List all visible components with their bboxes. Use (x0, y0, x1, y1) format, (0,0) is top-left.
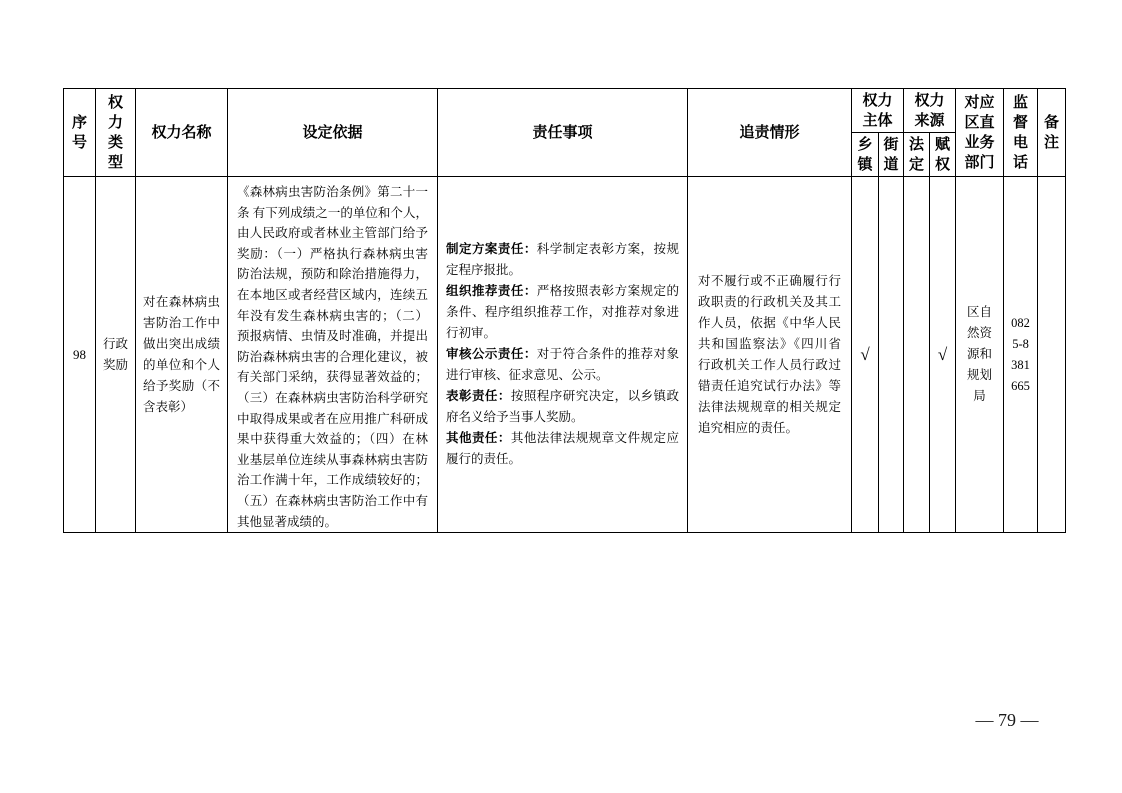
power-list-table: 序 号 权 力 类 型 权力名称 设定依据 责任事项 追责情形 权力 主体 权力… (63, 88, 1066, 533)
header-duty: 责任事项 (438, 89, 688, 177)
header-sub-street: 街 道 (879, 133, 904, 177)
header-sub-authorized: 赋 权 (930, 133, 956, 177)
basis-cell: 《森林病虫害防治条例》第二十一条 有下列成绩之一的单位和个人，由人民政府或者林业… (228, 177, 438, 533)
duty-item: 审核公示责任：对于符合条件的推荐对象进行审核、征求意见、公示。 (446, 344, 679, 386)
header-remark: 备 注 (1038, 89, 1066, 177)
header-sub-township: 乡 镇 (852, 133, 879, 177)
table-row: 98 行政 奖励 对在森林病虫害防治工作中做出突出成绩的单位和个人给予奖励（不含… (64, 177, 1066, 533)
phone-cell: 082 5-8 381 665 (1004, 177, 1038, 533)
header-accountability: 追责情形 (688, 89, 852, 177)
header-power-name: 权力名称 (136, 89, 228, 177)
duty-item: 组织推荐责任：严格按照表彰方案规定的条件、程序组织推荐工作，对推荐对象进行初审。 (446, 281, 679, 344)
duty-label: 审核公示责任： (446, 347, 537, 361)
duty-item: 其他责任：其他法律法规规章文件规定应履行的责任。 (446, 428, 679, 470)
department-cell: 区自 然资 源和 规划 局 (956, 177, 1004, 533)
authorized-check-cell: √ (930, 177, 956, 533)
header-department: 对应 区直 业务 部门 (956, 89, 1004, 177)
header-serial: 序 号 (64, 89, 96, 177)
header-group-power-subject: 权力 主体 (852, 89, 904, 133)
duty-item: 表彰责任：按照程序研究决定，以乡镇政府名义给予当事人奖励。 (446, 386, 679, 428)
power-name-cell: 对在森林病虫害防治工作中做出突出成绩的单位和个人给予奖励（不含表彰） (136, 177, 228, 533)
duty-item: 制定方案责任：科学制定表彰方案，按规定程序报批。 (446, 239, 679, 281)
document-page: 序 号 权 力 类 型 权力名称 设定依据 责任事项 追责情形 权力 主体 权力… (0, 0, 1122, 793)
header-phone: 监 督 电 话 (1004, 89, 1038, 177)
serial-cell: 98 (64, 177, 96, 533)
duties-cell: 制定方案责任：科学制定表彰方案，按规定程序报批。 组织推荐责任：严格按照表彰方案… (438, 177, 688, 533)
duty-label: 其他责任： (446, 431, 511, 445)
remark-cell (1038, 177, 1066, 533)
header-row-1: 序 号 权 力 类 型 权力名称 设定依据 责任事项 追责情形 权力 主体 权力… (64, 89, 1066, 133)
duty-label: 制定方案责任： (446, 242, 537, 256)
accountability-cell: 对不履行或不正确履行行政职责的行政机关及其工作人员，依据《中华人民共和国监察法》… (688, 177, 852, 533)
township-check-cell: √ (852, 177, 879, 533)
header-power-type: 权 力 类 型 (96, 89, 136, 177)
legal-check-cell (904, 177, 930, 533)
header-basis: 设定依据 (228, 89, 438, 177)
power-type-cell: 行政 奖励 (96, 177, 136, 533)
page-number: — 79 — (952, 710, 1062, 731)
duty-label: 表彰责任： (446, 389, 511, 403)
street-check-cell (879, 177, 904, 533)
header-sub-legal: 法 定 (904, 133, 930, 177)
duty-label: 组织推荐责任： (446, 284, 537, 298)
header-group-power-source: 权力 来源 (904, 89, 956, 133)
